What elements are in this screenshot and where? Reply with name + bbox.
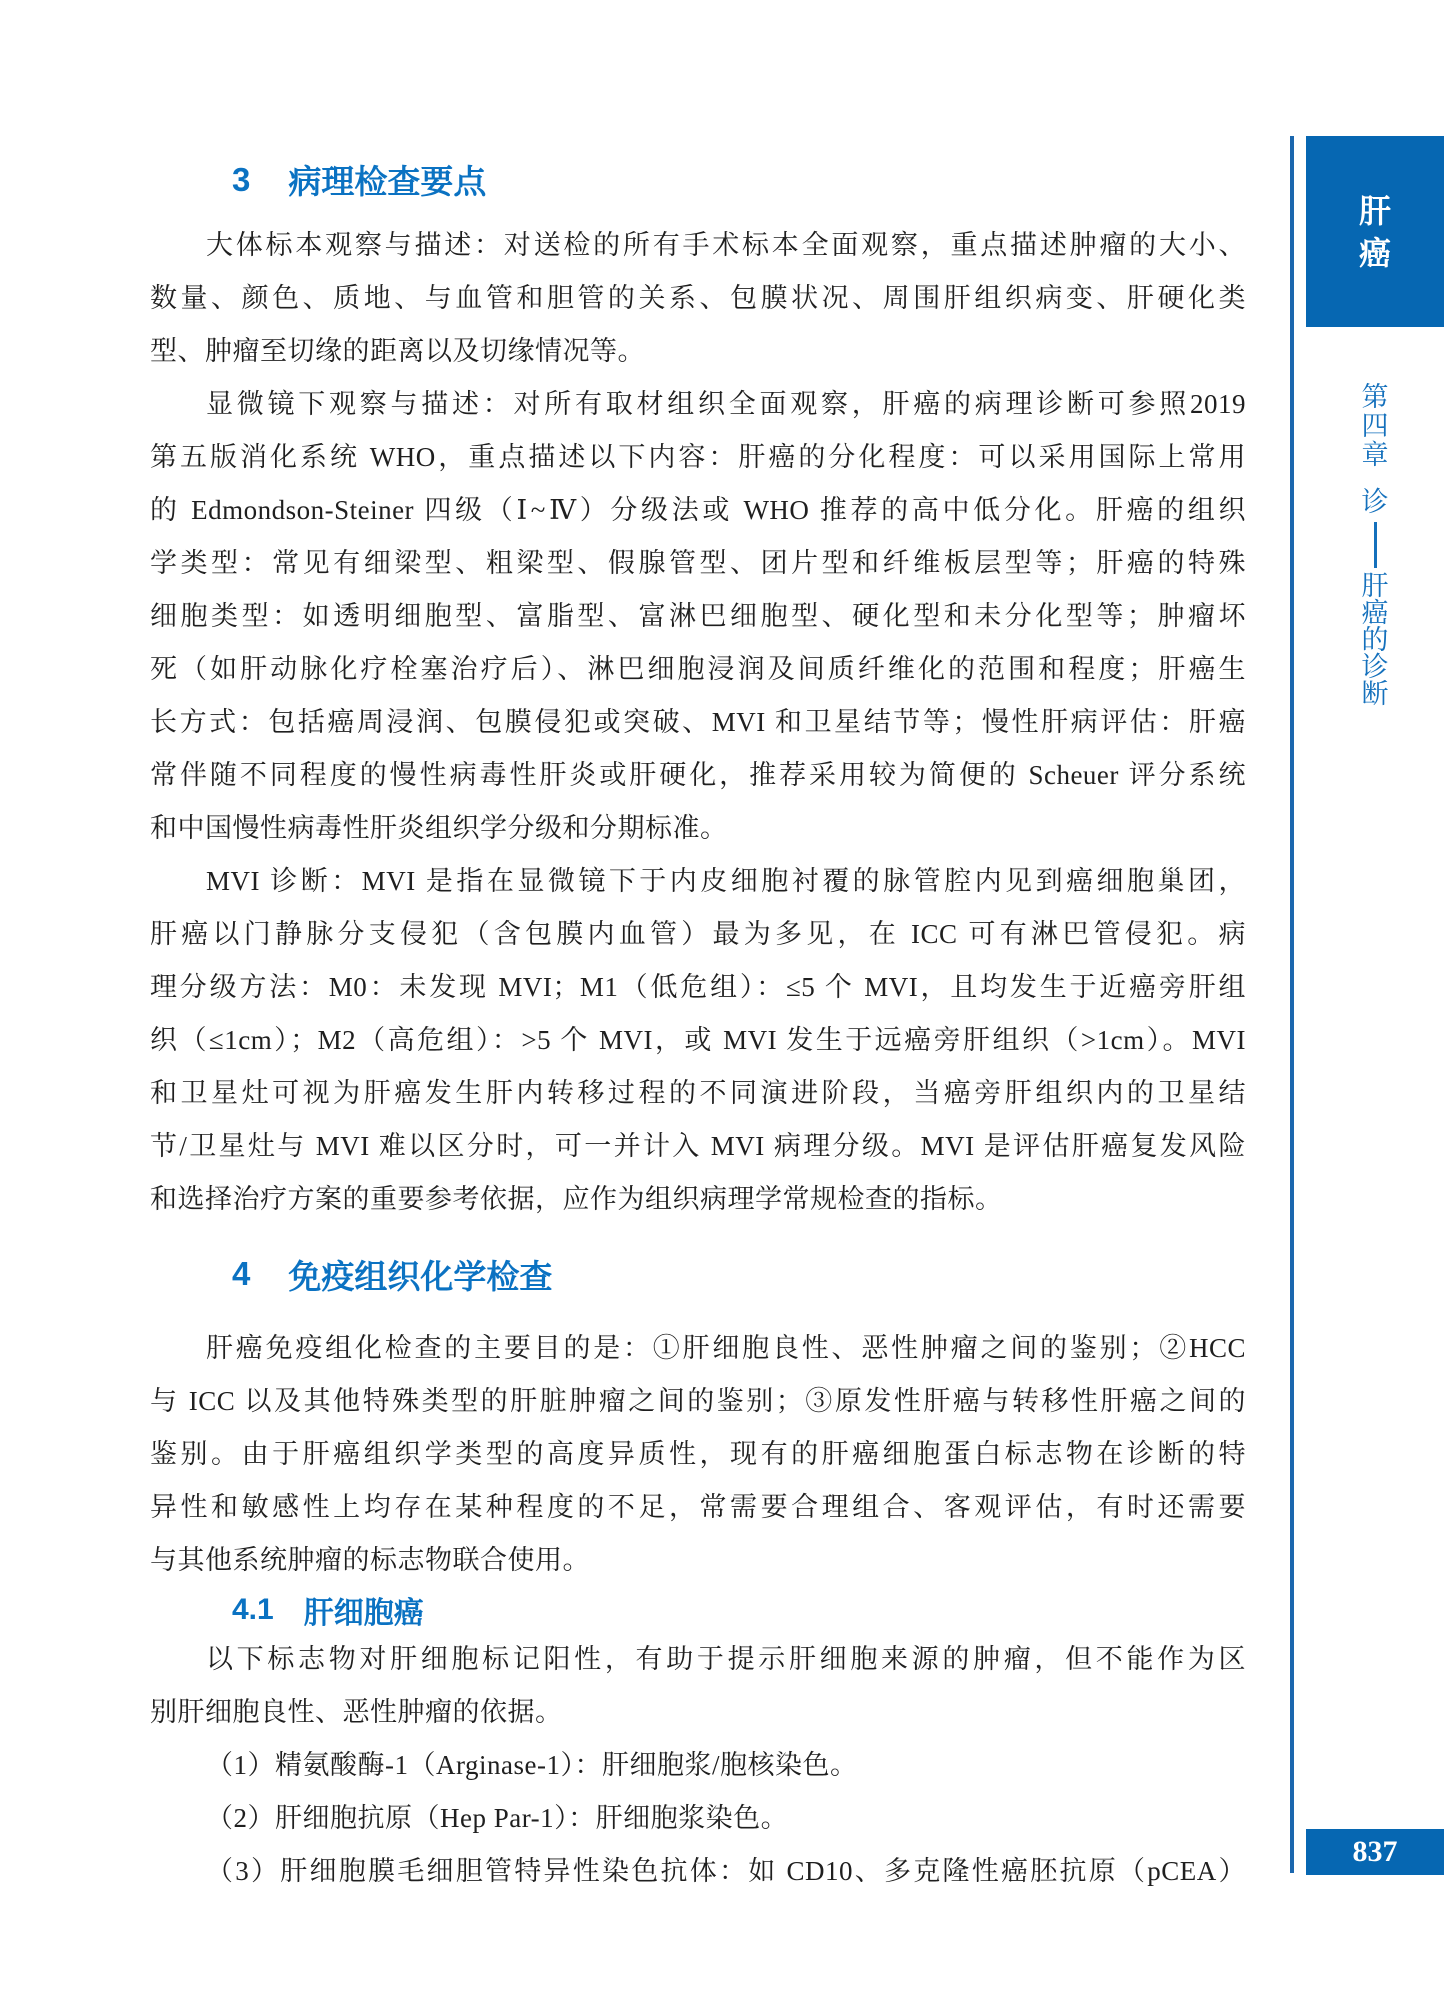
text-line: 和卫星灶可视为肝癌发生肝内转移过程的不同演进阶段，当癌旁肝组织内的卫星结 [150, 1067, 1246, 1120]
text-line: 别肝细胞良性、恶性肿瘤的依据。 [150, 1686, 1246, 1739]
text-line: 数量、颜色、质地、与血管和胆管的关系、包膜状况、周围肝组织病变、肝硬化类 [150, 272, 1246, 325]
text-line: 长方式：包括癌周浸润、包膜侵犯或突破、MVI 和卫星结节等；慢性肝病评估：肝癌 [150, 696, 1246, 749]
text-line: 学类型：常见有细梁型、粗梁型、假腺管型、团片型和纤维板层型等；肝癌的特殊 [150, 537, 1246, 590]
chapter-caption: 第四章诊肝癌的诊断 [1306, 383, 1444, 708]
heading-title: 免疫组织化学检查 [288, 1251, 552, 1298]
text-line: MVI 诊断：MVI 是指在显微镜下于内皮细胞衬覆的脉管腔内见到癌细胞巢团， [150, 855, 1246, 908]
text-line: 鉴别。由于肝癌组织学类型的高度异质性，现有的肝癌细胞蛋白标志物在诊断的特 [150, 1428, 1246, 1481]
text-line: 肝癌以门静脉分支侵犯（含包膜内血管）最为多见，在 ICC 可有淋巴管侵犯。病 [150, 908, 1246, 961]
heading-title: 肝细胞癌 [304, 1588, 424, 1632]
text-line: 显微镜下观察与描述：对所有取材组织全面观察，肝癌的病理诊断可参照2019 [150, 378, 1246, 431]
text-line: 型、肿瘤至切缘的距离以及切缘情况等。 [150, 325, 1246, 378]
section-heading-3: 3病理检查要点 [150, 140, 1246, 219]
chapter-caption-char: 第 [1362, 383, 1389, 412]
heading-number: 4.1 [232, 1593, 274, 1627]
text-line: 和中国慢性病毒性肝炎组织学分级和分期标准。 [150, 802, 1246, 855]
heading-title: 病理检查要点 [288, 156, 486, 203]
chapter-tab-char: 肝 [1359, 190, 1391, 232]
chapter-caption-char: 的 [1362, 627, 1389, 654]
chapter-tab-char: 癌 [1359, 232, 1391, 274]
book-page: 3病理检查要点大体标本观察与描述：对送检的所有手术标本全面观察，重点描述肿瘤的大… [0, 0, 1444, 2010]
main-text-column: 3病理检查要点大体标本观察与描述：对送检的所有手术标本全面观察，重点描述肿瘤的大… [150, 140, 1246, 1898]
text-line: 节/卫星灶与 MVI 难以区分时，可一并计入 MVI 病理分级。MVI 是评估肝… [150, 1120, 1246, 1173]
text-line: 与 ICC 以及其他特殊类型的肝脏肿瘤之间的鉴别；③原发性肝癌与转移性肝癌之间的 [150, 1375, 1246, 1428]
text-line: 第五版消化系统 WHO，重点描述以下内容：肝癌的分化程度：可以采用国际上常用 [150, 431, 1246, 484]
chapter-caption-char: 章 [1362, 441, 1389, 470]
sidebar-vertical-rule [1290, 136, 1294, 1873]
heading-number: 4 [232, 1255, 250, 1293]
chapter-caption-char: 诊 [1362, 654, 1389, 681]
text-line: （3）肝细胞膜毛细胆管特异性染色抗体：如 CD10、多克隆性癌胚抗原（pCEA） [150, 1845, 1246, 1898]
page-number: 837 [1353, 1835, 1398, 1869]
text-line: 死（如肝动脉化疗栓塞治疗后）、淋巴细胞浸润及间质纤维化的范围和程度；肝癌生 [150, 643, 1246, 696]
section-heading-4: 4免疫组织化学检查 [150, 1226, 1246, 1322]
text-line: （2）肝细胞抗原（Hep Par-1）：肝细胞浆染色。 [150, 1792, 1246, 1845]
text-line: 织（≤1cm）；M2（高危组）：>5 个 MVI，或 MVI 发生于远癌旁肝组织… [150, 1014, 1246, 1067]
text-line: 与其他系统肿瘤的标志物联合使用。 [150, 1534, 1246, 1587]
page-number-box: 837 [1306, 1829, 1444, 1875]
chapter-caption-char: 癌 [1362, 600, 1389, 627]
text-line: 肝癌免疫组化检查的主要目的是：①肝细胞良性、恶性肿瘤之间的鉴别；②HCC [150, 1322, 1246, 1375]
text-line: 细胞类型：如透明细胞型、富脂型、富淋巴细胞型、硬化型和未分化型等；肿瘤坏 [150, 590, 1246, 643]
text-line: 常伴随不同程度的慢性病毒性肝炎或肝硬化，推荐采用较为简便的 Scheuer 评分… [150, 749, 1246, 802]
caption-dash [1374, 522, 1377, 568]
text-line: 以下标志物对肝细胞标记阳性，有助于提示肝细胞来源的肿瘤，但不能作为区 [150, 1633, 1246, 1686]
text-line: （1）精氨酸酶-1（Arginase-1）：肝细胞浆/胞核染色。 [150, 1739, 1246, 1792]
text-line: 异性和敏感性上均存在某种程度的不足，常需要合理组合、客观评估，有时还需要 [150, 1481, 1246, 1534]
text-line: 和选择治疗方案的重要参考依据，应作为组织病理学常规检查的指标。 [150, 1173, 1246, 1226]
chapter-caption-char: 肝 [1362, 573, 1389, 600]
section-heading-4.1: 4.1肝细胞癌 [150, 1587, 1246, 1633]
chapter-caption-char: 四 [1362, 412, 1389, 441]
chapter-caption-char: 诊 [1362, 488, 1389, 517]
chapter-caption-char: 断 [1362, 681, 1389, 708]
chapter-tab: 肝癌 [1306, 136, 1444, 327]
text-line: 大体标本观察与描述：对送检的所有手术标本全面观察，重点描述肿瘤的大小、 [150, 219, 1246, 272]
text-line: 理分级方法：M0：未发现 MVI；M1（低危组）：≤5 个 MVI，且均发生于近… [150, 961, 1246, 1014]
text-line: 的 Edmondson-Steiner 四级（Ⅰ~Ⅳ）分级法或 WHO 推荐的高… [150, 484, 1246, 537]
heading-number: 3 [232, 161, 250, 199]
